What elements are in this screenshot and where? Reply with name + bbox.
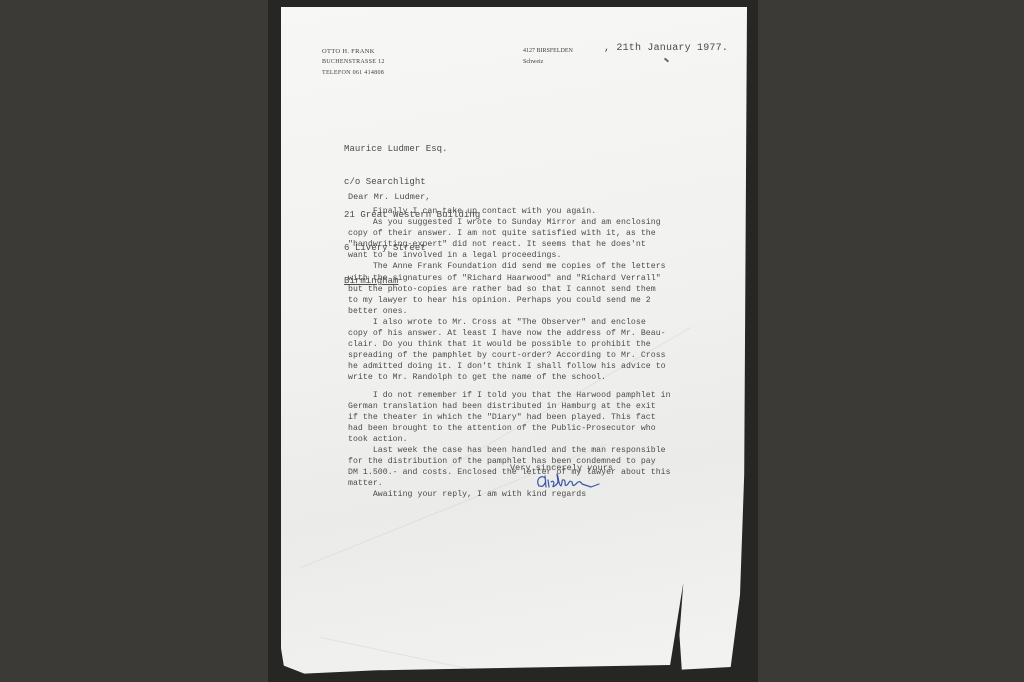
body-line: clair. Do you think that it would be pos… [348, 339, 671, 350]
body-line: copy of his answer. At least I have now … [348, 328, 671, 339]
body-line: had been brought to the attention of the… [348, 423, 671, 434]
body-line: he admitted doing it. I don't think I sh… [348, 361, 671, 372]
sender-city: 4127 BIRSFELDEN [523, 46, 573, 57]
signature-icon [533, 470, 603, 494]
body-line: but the photo-copies are rather bad so t… [348, 284, 671, 295]
body-line: "handwriting-expert" did not react. It s… [348, 239, 671, 250]
body-line: matter. [348, 478, 671, 489]
body-line: want to be involved in a legal proceedin… [348, 250, 671, 261]
body-line: better ones. [348, 306, 671, 317]
body-line: copy of their answer. I am not quite sat… [348, 228, 671, 239]
body-line: The Anne Frank Foundation did send me co… [348, 261, 671, 272]
letter-body: Finally I can take up contact with you a… [348, 206, 671, 500]
body-line: if the theater in which the "Diary" had … [348, 412, 671, 423]
sender-country: Schweiz [523, 57, 573, 68]
sender-street: BUCHENSTRASSE 12 [322, 57, 385, 68]
body-line: I do not remember if I told you that the… [348, 390, 671, 401]
sender-phone: TELEFON 061 414808 [322, 68, 385, 79]
ink-mark [664, 58, 669, 63]
recipient-line: Maurice Ludmer Esq. [344, 144, 480, 155]
body-line: to my lawyer to hear his opinion. Perhap… [348, 295, 671, 306]
recipient-line: c/o Searchlight [344, 177, 480, 188]
letterhead-sender: OTTO H. FRANK BUCHENSTRASSE 12 TELEFON 0… [322, 46, 385, 79]
salutation: Dear Mr. Ludmer, [348, 192, 430, 203]
body-line: took action. [348, 434, 671, 445]
body-line: with the signatures of "Richard Haarwood… [348, 273, 671, 284]
body-line: As you suggested I wrote to Sunday Mirro… [348, 217, 671, 228]
body-line: German translation had been distributed … [348, 401, 671, 412]
handwritten-signature [533, 470, 603, 499]
body-line: write to Mr. Randolph to get the name of… [348, 372, 671, 383]
sender-name: OTTO H. FRANK [322, 46, 385, 57]
body-line: Finally I can take up contact with you a… [348, 206, 671, 217]
body-line: Last week the case has been handled and … [348, 445, 671, 456]
body-line: I also wrote to Mr. Cross at "The Observ… [348, 317, 671, 328]
letter-date: , 21th January 1977. [604, 43, 728, 54]
letter-page: OTTO H. FRANK BUCHENSTRASSE 12 TELEFON 0… [281, 7, 747, 675]
letterhead-location: 4127 BIRSFELDEN Schweiz [523, 46, 573, 68]
body-line: spreading of the pamphlet by court-order… [348, 350, 671, 361]
body-line: Awaiting your reply, I am with kind rega… [348, 489, 671, 500]
